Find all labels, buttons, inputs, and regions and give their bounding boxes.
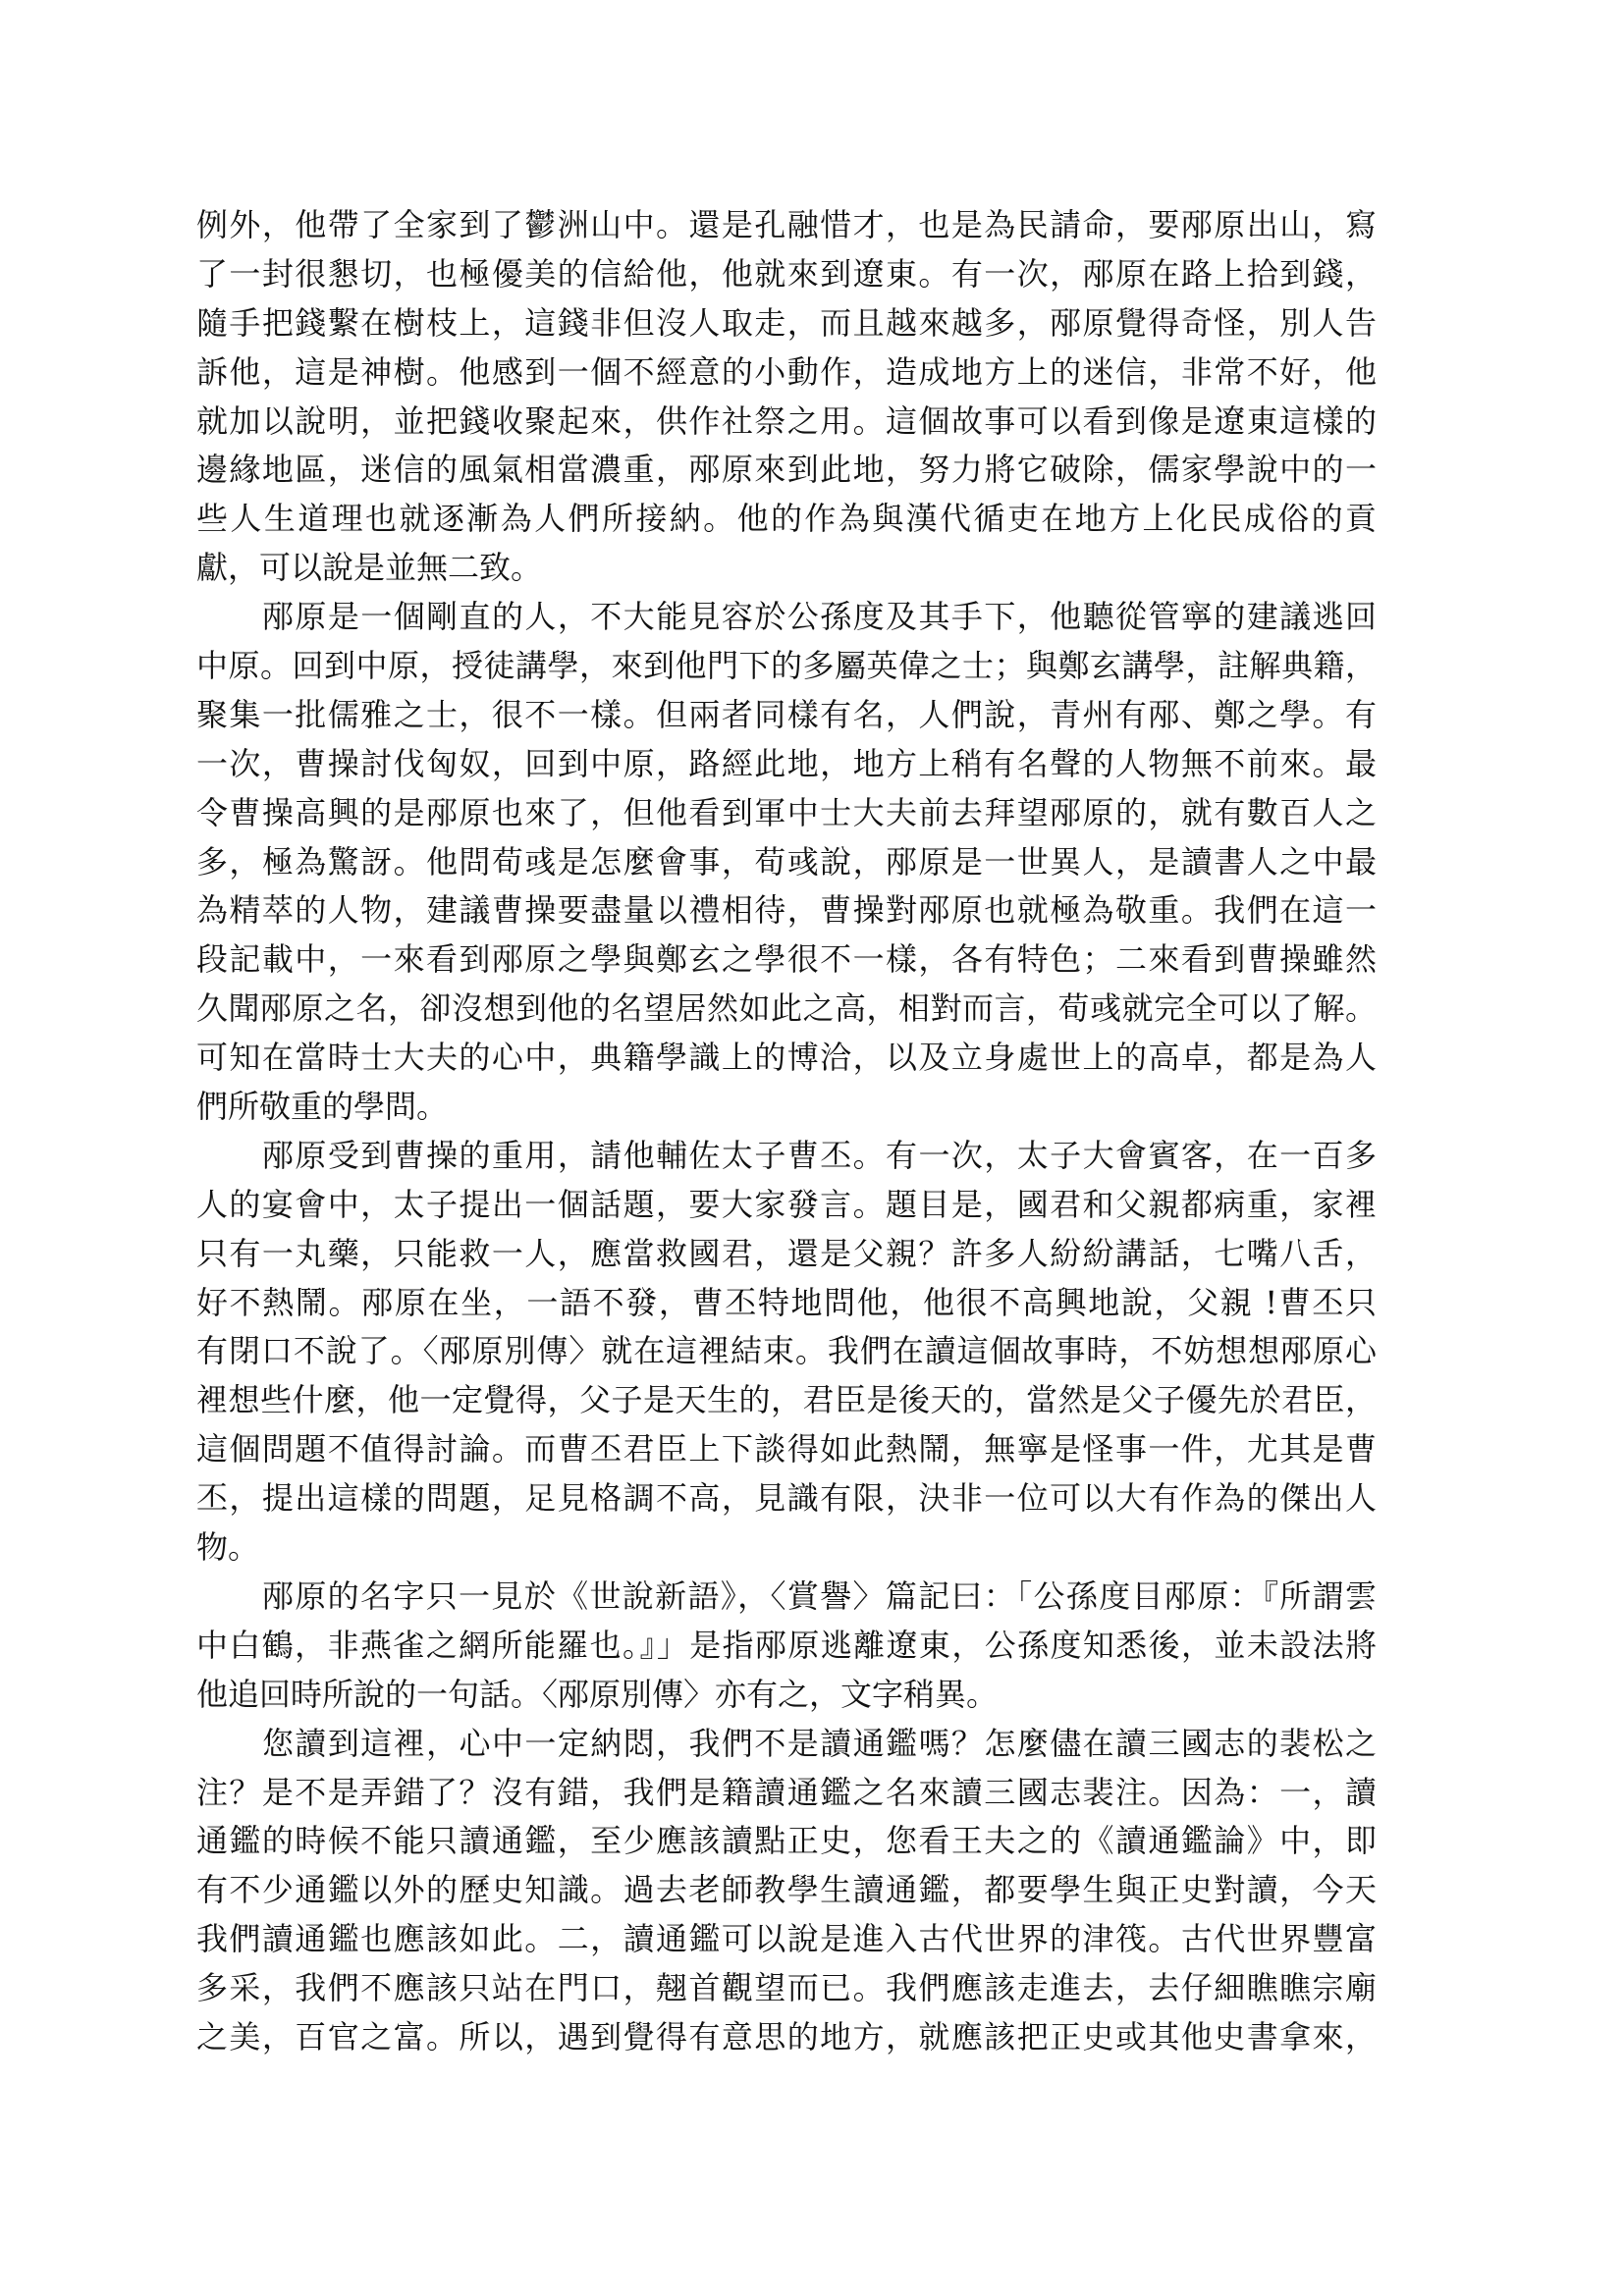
text-line: 通鑑的時候不能只讀通鑑，至少應該讀點正史，您看王夫之的《讀通鑑論》中，即 xyxy=(196,1817,1377,1866)
text-line: 多采，我們不應該只站在門口，翹首觀望而已。我們應該走進去，去仔細瞧瞧宗廟 xyxy=(196,1964,1377,2013)
paragraph: 邴原是一個剛直的人，不大能見容於公孫度及其手下，他聽從管寧的建議逃回中原。回到中… xyxy=(196,593,1377,1132)
text-line: 邴原是一個剛直的人，不大能見容於公孫度及其手下，他聽從管寧的建議逃回 xyxy=(196,593,1377,642)
text-line: 隨手把錢繫在樹枝上，這錢非但沒人取走，而且越來越多，邴原覺得奇怪，別人告 xyxy=(196,299,1377,348)
text-line: 一次，曹操討伐匈奴，回到中原，路經此地，地方上稍有名聲的人物無不前來。最 xyxy=(196,740,1377,789)
text-line: 們所敬重的學問。 xyxy=(196,1083,1377,1132)
text-line: 有不少通鑑以外的歷史知識。過去老師教學生讀通鑑，都要學生與正史對讀，今天 xyxy=(196,1866,1377,1915)
text-line: 您讀到這裡，心中一定納悶，我們不是讀通鑑嗎？怎麼儘在讀三國志的裴松之 xyxy=(196,1720,1377,1769)
text-line: 裡想些什麼，他一定覺得，父子是天生的，君臣是後天的，當然是父子優先於君臣， xyxy=(196,1376,1377,1425)
paragraph: 例外，他帶了全家到了鬱洲山中。還是孔融惜才，也是為民請命，要邴原出山，寫了一封很… xyxy=(196,201,1377,593)
text-line: 我們讀通鑑也應該如此。二，讀通鑑可以說是進入古代世界的津筏。古代世界豐富 xyxy=(196,1915,1377,1964)
text-line: 丕，提出這樣的問題，足見格調不高，見識有限，決非一位可以大有作為的傑出人 xyxy=(196,1474,1377,1523)
text-line: 人的宴會中，太子提出一個話題，要大家發言。題目是，國君和父親都病重，家裡 xyxy=(196,1181,1377,1230)
text-line: 段記載中，一來看到邴原之學與鄭玄之學很不一樣，各有特色；二來看到曹操雖然 xyxy=(196,935,1377,985)
text-line: 多，極為驚訝。他問荀彧是怎麼會事，荀彧說，邴原是一世異人，是讀書人之中最 xyxy=(196,838,1377,887)
text-line: 訴他，這是神樹。他感到一個不經意的小動作，造成地方上的迷信，非常不好，他 xyxy=(196,348,1377,398)
text-line: 這個問題不值得討論。而曹丕君臣上下談得如此熱鬧，無寧是怪事一件，尤其是曹 xyxy=(196,1425,1377,1474)
text-line: 好不熱鬧。邴原在坐，一語不發，曹丕特地問他，他很不高興地說，父親 !曹丕只 xyxy=(196,1279,1377,1328)
text-line: 久聞邴原之名，卻沒想到他的名望居然如此之高，相對而言，荀彧就完全可以了解。 xyxy=(196,985,1377,1034)
paragraph: 您讀到這裡，心中一定納悶，我們不是讀通鑑嗎？怎麼儘在讀三國志的裴松之注？是不是弄… xyxy=(196,1720,1377,2062)
text-line: 中白鶴，非燕雀之網所能羅也。』」是指邴原逃離遼東，公孫度知悉後，並未設法將 xyxy=(196,1622,1377,1671)
text-line: 就加以說明，並把錢收聚起來，供作社祭之用。這個故事可以看到像是遼東這樣的 xyxy=(196,398,1377,447)
document-page: 例外，他帶了全家到了鬱洲山中。還是孔融惜才，也是為民請命，要邴原出山，寫了一封很… xyxy=(0,0,1624,2296)
text-line: 中原。回到中原，授徒講學，來到他門下的多屬英偉之士；與鄭玄講學，註解典籍， xyxy=(196,642,1377,691)
paragraph: 邴原受到曹操的重用，請他輔佐太子曹丕。有一次，太子大會賓客，在一百多人的宴會中，… xyxy=(196,1132,1377,1573)
text-line: 令曹操高興的是邴原也來了，但他看到軍中士大夫前去拜望邴原的，就有數百人之 xyxy=(196,789,1377,838)
text-line: 只有一丸藥，只能救一人，應當救國君，還是父親？許多人紛紛講話，七嘴八舌， xyxy=(196,1230,1377,1279)
text-line: 邴原的名字只一見於《世說新語》，〈賞譽〉篇記曰：「公孫度目邴原：『所謂雲 xyxy=(196,1573,1377,1622)
text-line: 可知在當時士大夫的心中，典籍學識上的博洽，以及立身處世上的高卓，都是為人 xyxy=(196,1034,1377,1083)
text-line: 注？是不是弄錯了？沒有錯，我們是籍讀通鑑之名來讀三國志裴注。因為：一，讀 xyxy=(196,1769,1377,1818)
text-line: 為精萃的人物，建議曹操要盡量以禮相待，曹操對邴原也就極為敬重。我們在這一 xyxy=(196,886,1377,935)
text-line: 例外，他帶了全家到了鬱洲山中。還是孔融惜才，也是為民請命，要邴原出山，寫 xyxy=(196,201,1377,250)
document-body: 例外，他帶了全家到了鬱洲山中。還是孔融惜才，也是為民請命，要邴原出山，寫了一封很… xyxy=(196,201,1377,2062)
text-line: 聚集一批儒雅之士，很不一樣。但兩者同樣有名，人們說，青州有邴、鄭之學。有 xyxy=(196,691,1377,740)
text-line: 之美，百官之富。所以，遇到覺得有意思的地方，就應該把正史或其他史書拿來， xyxy=(196,2013,1377,2062)
text-line: 他追回時所說的一句話。〈邴原別傳〉亦有之，文字稍異。 xyxy=(196,1671,1377,1720)
text-line: 有閉口不說了。〈邴原別傳〉就在這裡結束。我們在讀這個故事時，不妨想想邴原心 xyxy=(196,1327,1377,1376)
text-line: 邴原受到曹操的重用，請他輔佐太子曹丕。有一次，太子大會賓客，在一百多 xyxy=(196,1132,1377,1181)
text-line: 物。 xyxy=(196,1523,1377,1573)
text-line: 些人生道理也就逐漸為人們所接納。他的作為與漢代循吏在地方上化民成俗的貢 xyxy=(196,495,1377,544)
text-line: 了一封很懇切，也極優美的信給他，他就來到遼東。有一次，邴原在路上拾到錢， xyxy=(196,250,1377,299)
text-line: 邊緣地區，迷信的風氣相當濃重，邴原來到此地，努力將它破除，儒家學說中的一 xyxy=(196,446,1377,495)
text-line: 獻，可以說是並無二致。 xyxy=(196,544,1377,593)
paragraph: 邴原的名字只一見於《世說新語》，〈賞譽〉篇記曰：「公孫度目邴原：『所謂雲中白鶴，… xyxy=(196,1573,1377,1720)
